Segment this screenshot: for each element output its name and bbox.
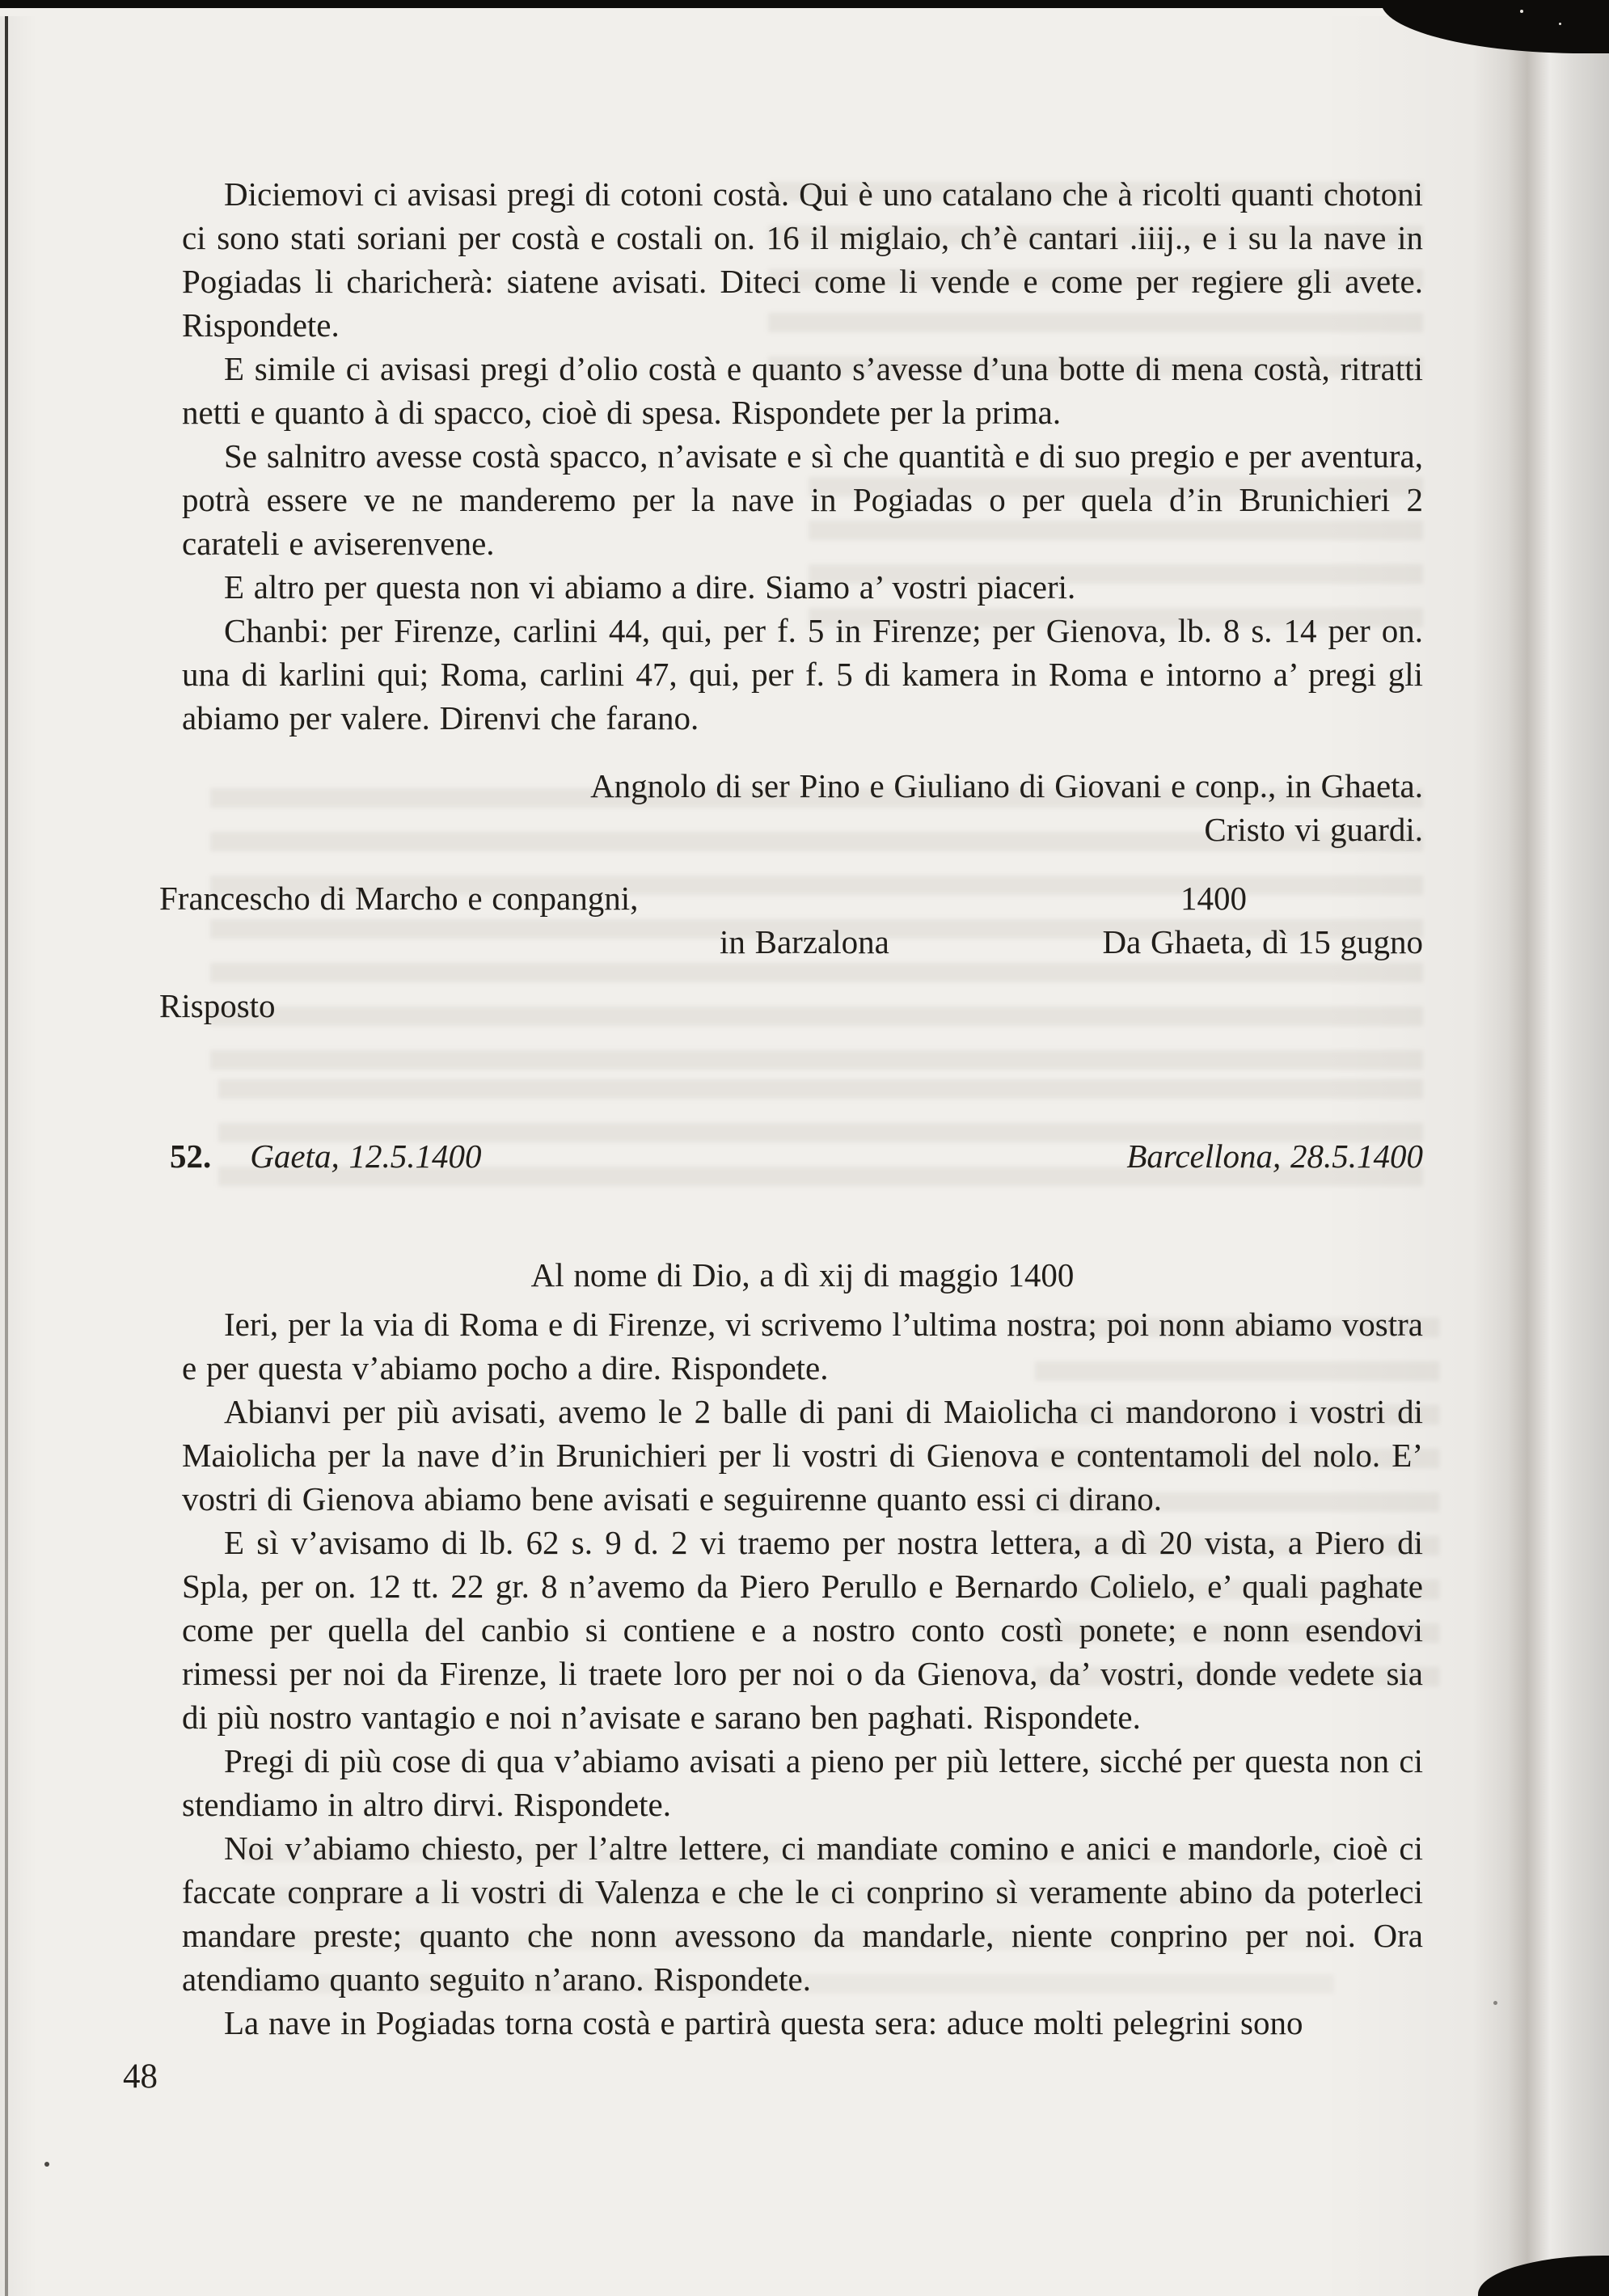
letter-51-year: 1400 [1180, 876, 1247, 920]
letter-51-blessing: Cristo vi guardi. [182, 808, 1423, 851]
letter-51-paragraph: E altro per questa non vi abiamo a dire.… [182, 565, 1423, 609]
letter-51-addressee: Angnolo di ser Pino e Giuliano di Giovan… [182, 764, 1423, 808]
letter-51-place-row: in Barzalona Da Ghaeta, dì 15 gugno [182, 920, 1423, 964]
letter-51-paragraph: Chanbi: per Firenze, carlini 44, qui, pe… [182, 609, 1423, 740]
letter-52-destination: Barcellona, 28.5.1400 [1126, 1134, 1423, 1178]
letter-52-paragraph: La nave in Pogiadas torna costà e partir… [182, 2001, 1423, 2045]
page-number: 48 [123, 2057, 158, 2096]
letter-52-paragraph: E sì v’avisamo di lb. 62 s. 9 d. 2 vi tr… [182, 1521, 1423, 1739]
ink-speck [1493, 2001, 1497, 2005]
dust-speck [1520, 10, 1523, 13]
letter-51-sent-from: Da Ghaeta, dì 15 gugno [1102, 920, 1423, 964]
underlying-page-edge [1572, 16, 1609, 2296]
page-gutter-shadow [1473, 16, 1572, 2296]
letter-52-paragraph: Abianvi per più avisati, avemo le 2 ball… [182, 1390, 1423, 1521]
letters-text-block: Diciemovi ci avisasi pregi di cotoni cos… [182, 172, 1423, 2045]
letter-52-number: 52. [170, 1134, 211, 1178]
letter-51-annotation: Risposto [159, 984, 1423, 1028]
letter-51-sender-row: Francescho di Marcho e conpangni, 1400 [182, 876, 1423, 920]
letter-51-sender-place: in Barzalona [720, 920, 889, 964]
letter-52-paragraph: Ieri, per la via di Roma e di Firenze, v… [182, 1302, 1423, 1390]
letter-51-paragraph: Se salnitro avesse costà spacco, n’avisa… [182, 434, 1423, 565]
letter-52-origin: Gaeta, 12.5.1400 [250, 1134, 481, 1178]
letter-52-header: 52. Gaeta, 12.5.1400 Barcellona, 28.5.14… [182, 1134, 1423, 1178]
letter-52-salutation: Al nome di Dio, a dì xij di maggio 1400 [182, 1253, 1423, 1297]
scanned-book-page: Diciemovi ci avisasi pregi di cotoni cos… [0, 0, 1609, 2296]
page-left-edge-line [5, 16, 8, 2296]
letter-51-sender: Francescho di Marcho e conpangni, [159, 876, 638, 920]
letter-51-paragraph: Diciemovi ci avisasi pregi di cotoni cos… [182, 172, 1423, 347]
letter-51-paragraph: E simile ci avisasi pregi d’olio costà e… [182, 347, 1423, 434]
dust-speck [1559, 23, 1561, 25]
page-paper: Diciemovi ci avisasi pregi di cotoni cos… [0, 8, 1609, 2296]
ink-speck [44, 2162, 49, 2167]
letter-52-paragraph: Noi v’abiamo chiesto, per l’altre letter… [182, 1826, 1423, 2001]
letter-52-paragraph: Pregi di più cose di qua v’abiamo avisat… [182, 1739, 1423, 1826]
